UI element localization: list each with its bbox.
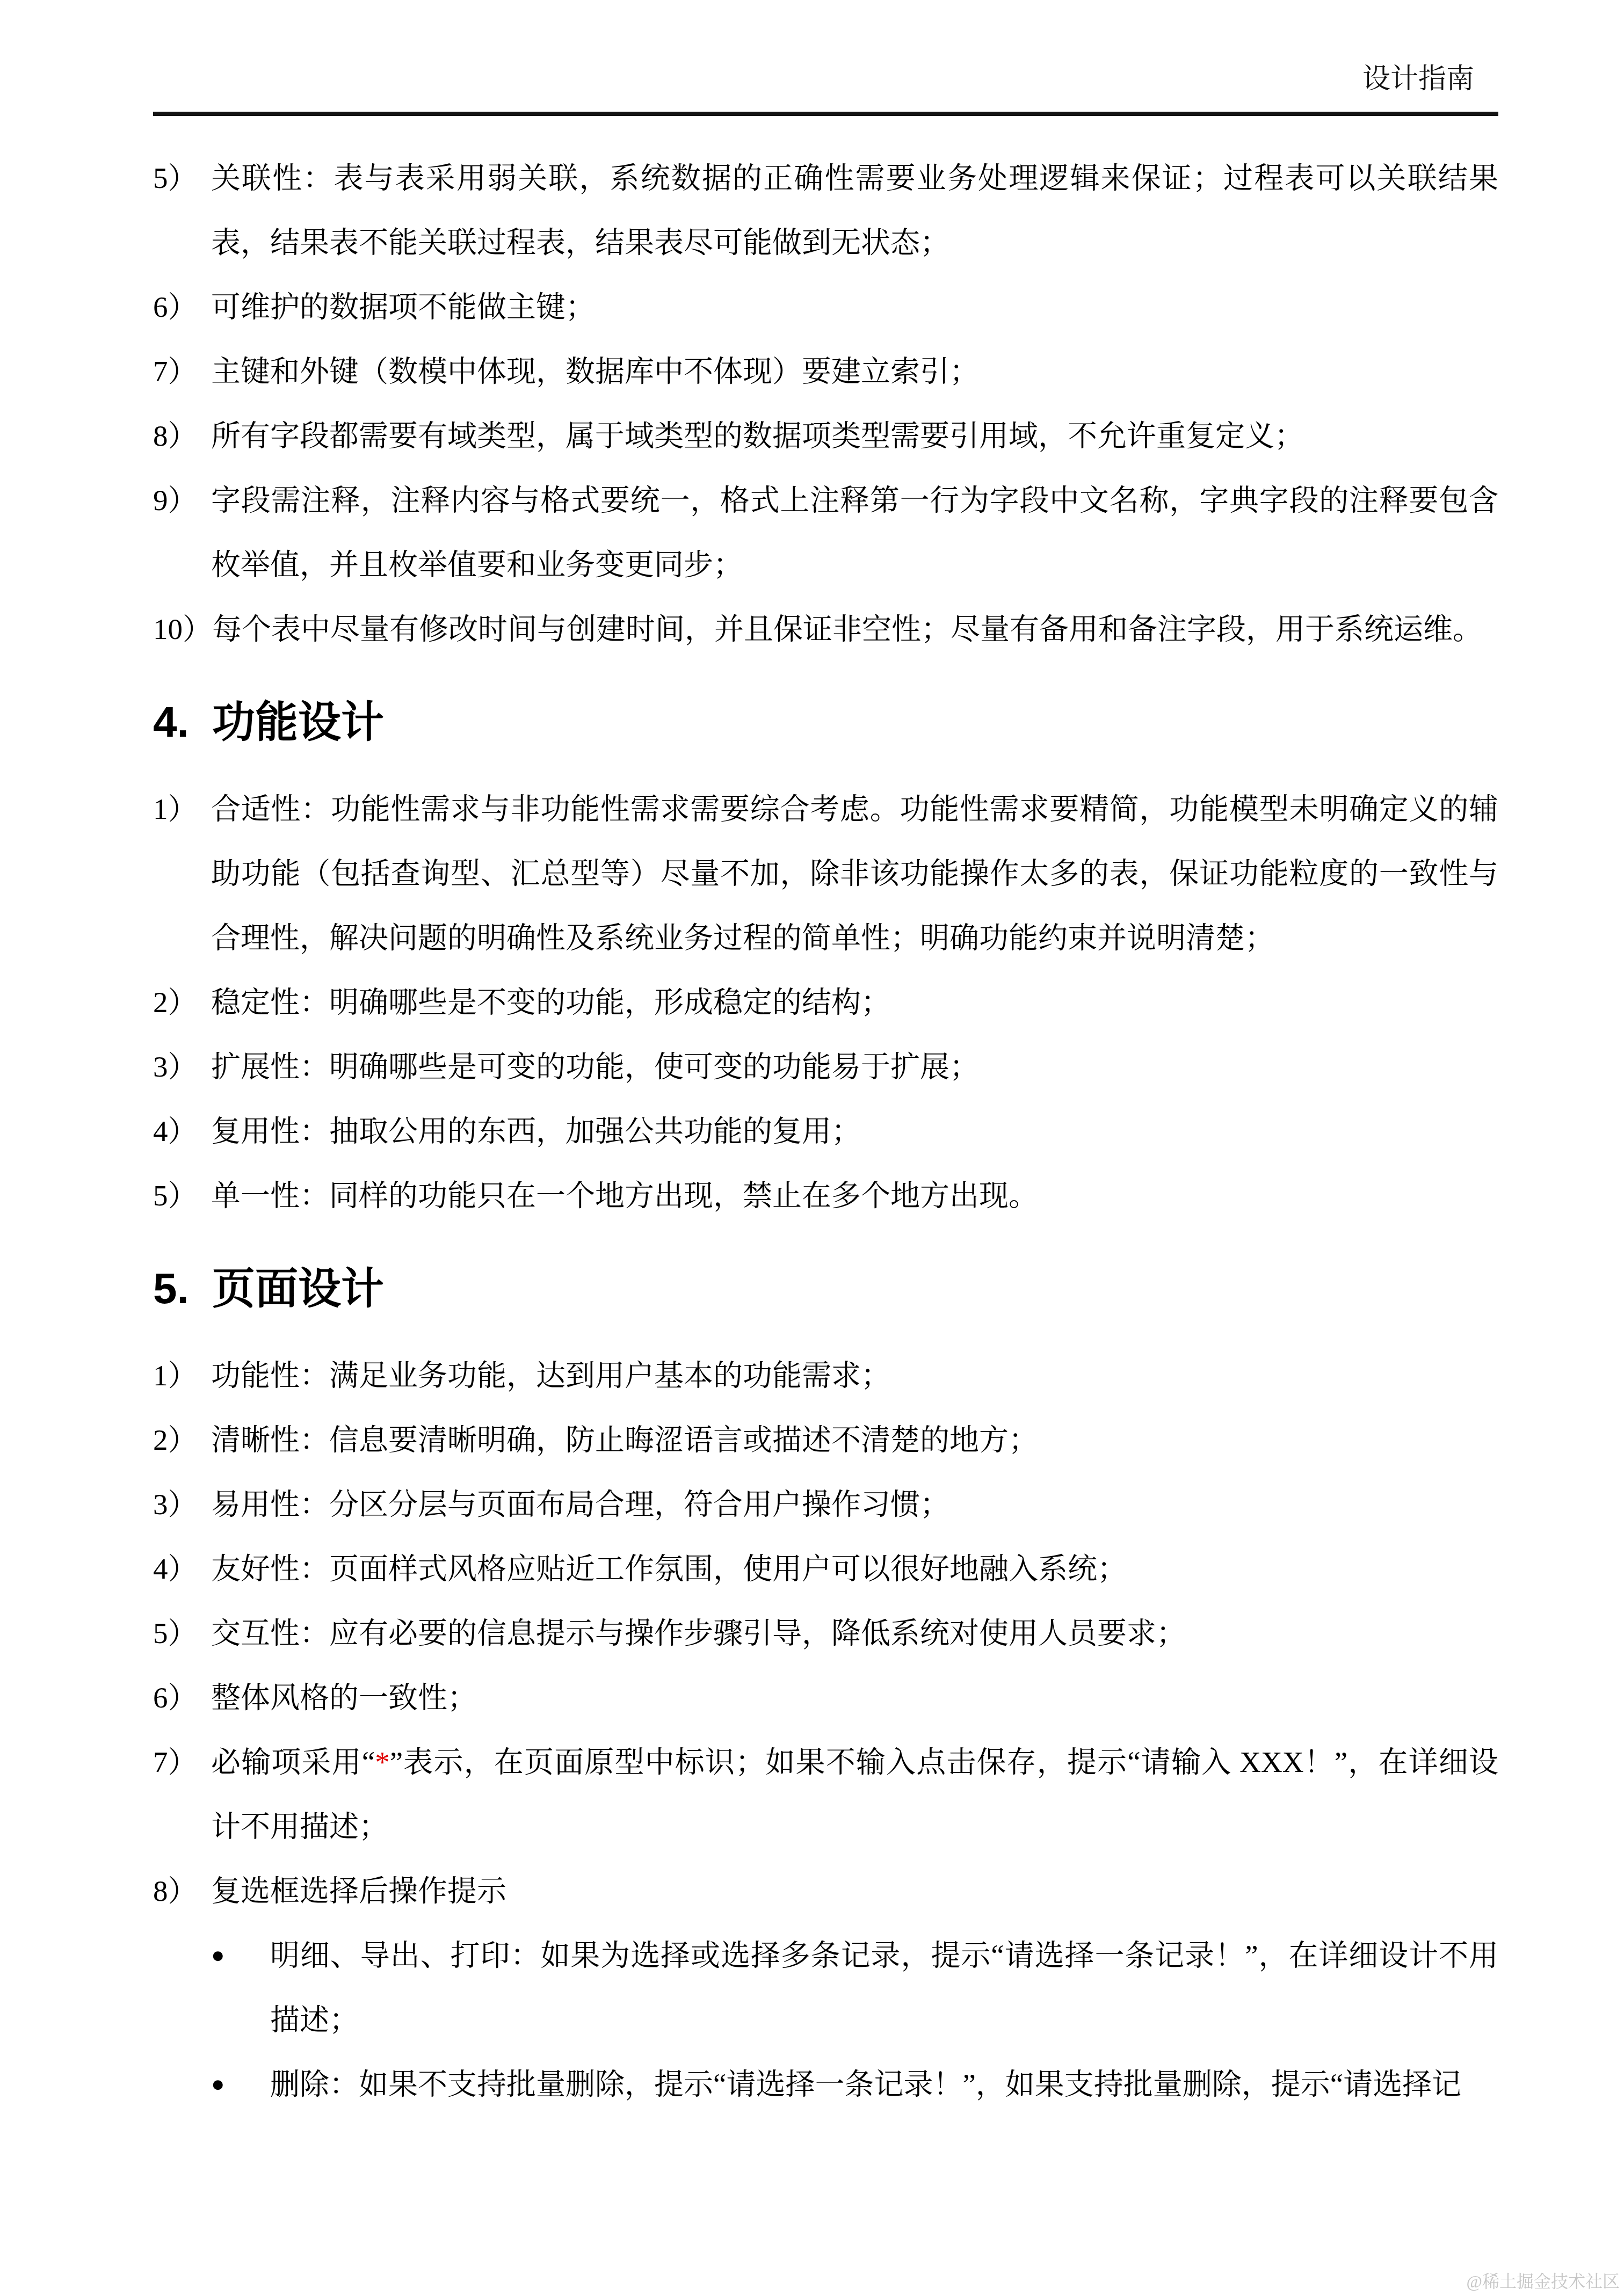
list-item: 2） 清晰性：信息要清晰明确，防止晦涩语言或描述不清楚的地方； <box>153 1408 1498 1472</box>
list-item-text: 每个表中尽量有修改时间与创建时间，并且保证非空性；尽量有备用和备注字段，用于系统… <box>212 597 1498 662</box>
required-asterisk: * <box>375 1746 390 1778</box>
list-item-number: 5） <box>153 1601 211 1666</box>
list-item-number: 4） <box>153 1537 211 1601</box>
list-item-text: 功能性：满足业务功能，达到用户基本的功能需求； <box>211 1343 1498 1408</box>
list-item-number: 6） <box>153 275 211 339</box>
list-item: 3） 易用性：分区分层与页面布局合理，符合用户操作习惯； <box>153 1472 1498 1537</box>
list-item-text: 所有字段都需要有域类型，属于域类型的数据项类型需要引用域，不允许重复定义； <box>211 404 1498 468</box>
list-item-number: 2） <box>153 970 211 1035</box>
required-rule-prefix: 必输项采用“ <box>211 1746 375 1778</box>
list-item-number: 7） <box>153 339 211 404</box>
list-item: 1） 功能性：满足业务功能，达到用户基本的功能需求； <box>153 1343 1498 1408</box>
list-item-number: 5） <box>153 1164 211 1228</box>
list-item-text: 清晰性：信息要清晰明确，防止晦涩语言或描述不清楚的地方； <box>211 1408 1498 1472</box>
list-item-number: 8） <box>153 404 211 468</box>
list-item-number: 3） <box>153 1035 211 1099</box>
list-item-text: 复选框选择后操作提示 <box>211 1859 1498 1923</box>
list-item-number: 5） <box>153 146 211 210</box>
bullet-item: ● 删除：如果不支持批量删除，提示“请选择一条记录！”，如果支持批量删除，提示“… <box>211 2052 1498 2117</box>
section-number: 5. <box>153 1260 212 1317</box>
bullet-item-text: 删除：如果不支持批量删除，提示“请选择一条记录！”，如果支持批量删除，提示“请选… <box>270 2052 1498 2117</box>
list-item-number: 1） <box>153 777 211 841</box>
list-item-number: 2） <box>153 1408 211 1472</box>
list-item-number: 8） <box>153 1859 211 1923</box>
list-item-text: 整体风格的一致性； <box>211 1666 1498 1730</box>
page-header: 设计指南 <box>153 0 1498 96</box>
bullet-item-text: 明细、导出、打印：如果为选择或选择多条记录，提示“请选择一条记录！”，在详细设计… <box>270 1923 1498 2052</box>
list-item-text: 交互性：应有必要的信息提示与操作步骤引导，降低系统对使用人员要求； <box>211 1601 1498 1666</box>
document-content: 设计指南 5） 关联性：表与表采用弱关联，系统数据的正确性需要业务处理逻辑来保证… <box>0 0 1624 2117</box>
page-header-title: 设计指南 <box>1362 64 1474 95</box>
list-item-text: 单一性：同样的功能只在一个地方出现，禁止在多个地方出现。 <box>211 1164 1498 1228</box>
section-heading-function-design: 4. 功能设计 <box>153 694 1498 750</box>
bullet-item: ● 明细、导出、打印：如果为选择或选择多条记录，提示“请选择一条记录！”，在详细… <box>211 1923 1498 2052</box>
list-item-number: 6） <box>153 1666 211 1730</box>
list-item: 6） 可维护的数据项不能做主键； <box>153 275 1498 339</box>
required-rule-suffix: ”表示，在页面原型中标识；如果不输入点击保存，提示“请输入 XXX！”，在详细设… <box>211 1746 1498 1843</box>
section-heading-page-design: 5. 页面设计 <box>153 1260 1498 1317</box>
list-item-text: 扩展性：明确哪些是可变的功能，使可变的功能易于扩展； <box>211 1035 1498 1099</box>
section-title: 功能设计 <box>212 694 1498 750</box>
list-item: 1） 合适性：功能性需求与非功能性需求需要综合考虑。功能性需求要精简，功能模型未… <box>153 777 1498 970</box>
list-item-text: 复用性：抽取公用的东西，加强公共功能的复用； <box>211 1099 1498 1164</box>
list-item: 3） 扩展性：明确哪些是可变的功能，使可变的功能易于扩展； <box>153 1035 1498 1099</box>
list-item-text: 稳定性：明确哪些是不变的功能，形成稳定的结构； <box>211 970 1498 1035</box>
list-item-number: 9） <box>153 468 211 533</box>
list-item: 6） 整体风格的一致性； <box>153 1666 1498 1730</box>
list-item: 2） 稳定性：明确哪些是不变的功能，形成稳定的结构； <box>153 970 1498 1035</box>
list-item-text: 合适性：功能性需求与非功能性需求需要综合考虑。功能性需求要精简，功能模型未明确定… <box>211 777 1498 970</box>
list-item-text: 必输项采用“*”表示，在页面原型中标识；如果不输入点击保存，提示“请输入 XXX… <box>211 1730 1498 1859</box>
header-divider <box>153 112 1498 116</box>
list-item: 8） 所有字段都需要有域类型，属于域类型的数据项类型需要引用域，不允许重复定义； <box>153 404 1498 468</box>
bullet-dot-icon: ● <box>211 2052 270 2117</box>
list-item: 4） 复用性：抽取公用的东西，加强公共功能的复用； <box>153 1099 1498 1164</box>
section-number: 4. <box>153 694 212 750</box>
list-item: 5） 交互性：应有必要的信息提示与操作步骤引导，降低系统对使用人员要求； <box>153 1601 1498 1666</box>
list-item-text: 可维护的数据项不能做主键； <box>211 275 1498 339</box>
list-item: 7） 主键和外键（数模中体现，数据库中不体现）要建立索引； <box>153 339 1498 404</box>
list-item-number: 1） <box>153 1343 211 1408</box>
section-title: 页面设计 <box>212 1260 1498 1317</box>
list-item-required-field-rule: 7） 必输项采用“*”表示，在页面原型中标识；如果不输入点击保存，提示“请输入 … <box>153 1730 1498 1859</box>
list-item-text: 友好性：页面样式风格应贴近工作氛围，使用户可以很好地融入系统； <box>211 1537 1498 1601</box>
list-item: 10） 每个表中尽量有修改时间与创建时间，并且保证非空性；尽量有备用和备注字段，… <box>153 597 1498 662</box>
list-item-number: 3） <box>153 1472 211 1537</box>
list-item: 5） 单一性：同样的功能只在一个地方出现，禁止在多个地方出现。 <box>153 1164 1498 1228</box>
list-item-text: 关联性：表与表采用弱关联，系统数据的正确性需要业务处理逻辑来保证；过程表可以关联… <box>211 146 1498 275</box>
list-item-number: 7） <box>153 1730 211 1794</box>
list-item-text: 主键和外键（数模中体现，数据库中不体现）要建立索引； <box>211 339 1498 404</box>
list-item-text: 易用性：分区分层与页面布局合理，符合用户操作习惯； <box>211 1472 1498 1537</box>
list-item-number: 10） <box>153 597 212 662</box>
list-item: 5） 关联性：表与表采用弱关联，系统数据的正确性需要业务处理逻辑来保证；过程表可… <box>153 146 1498 275</box>
list-item: 4） 友好性：页面样式风格应贴近工作氛围，使用户可以很好地融入系统； <box>153 1537 1498 1601</box>
bullet-dot-icon: ● <box>211 1923 270 1988</box>
list-item: 8） 复选框选择后操作提示 <box>153 1859 1498 1923</box>
document-page: 设计指南 5） 关联性：表与表采用弱关联，系统数据的正确性需要业务处理逻辑来保证… <box>0 0 1624 2296</box>
list-item-text: 字段需注释，注释内容与格式要统一，格式上注释第一行为字段中文名称，字典字段的注释… <box>211 468 1498 597</box>
list-item-number: 4） <box>153 1099 211 1164</box>
list-item: 9） 字段需注释，注释内容与格式要统一，格式上注释第一行为字段中文名称，字典字段… <box>153 468 1498 597</box>
watermark: @稀土掘金技术社区 <box>1467 2268 1620 2293</box>
